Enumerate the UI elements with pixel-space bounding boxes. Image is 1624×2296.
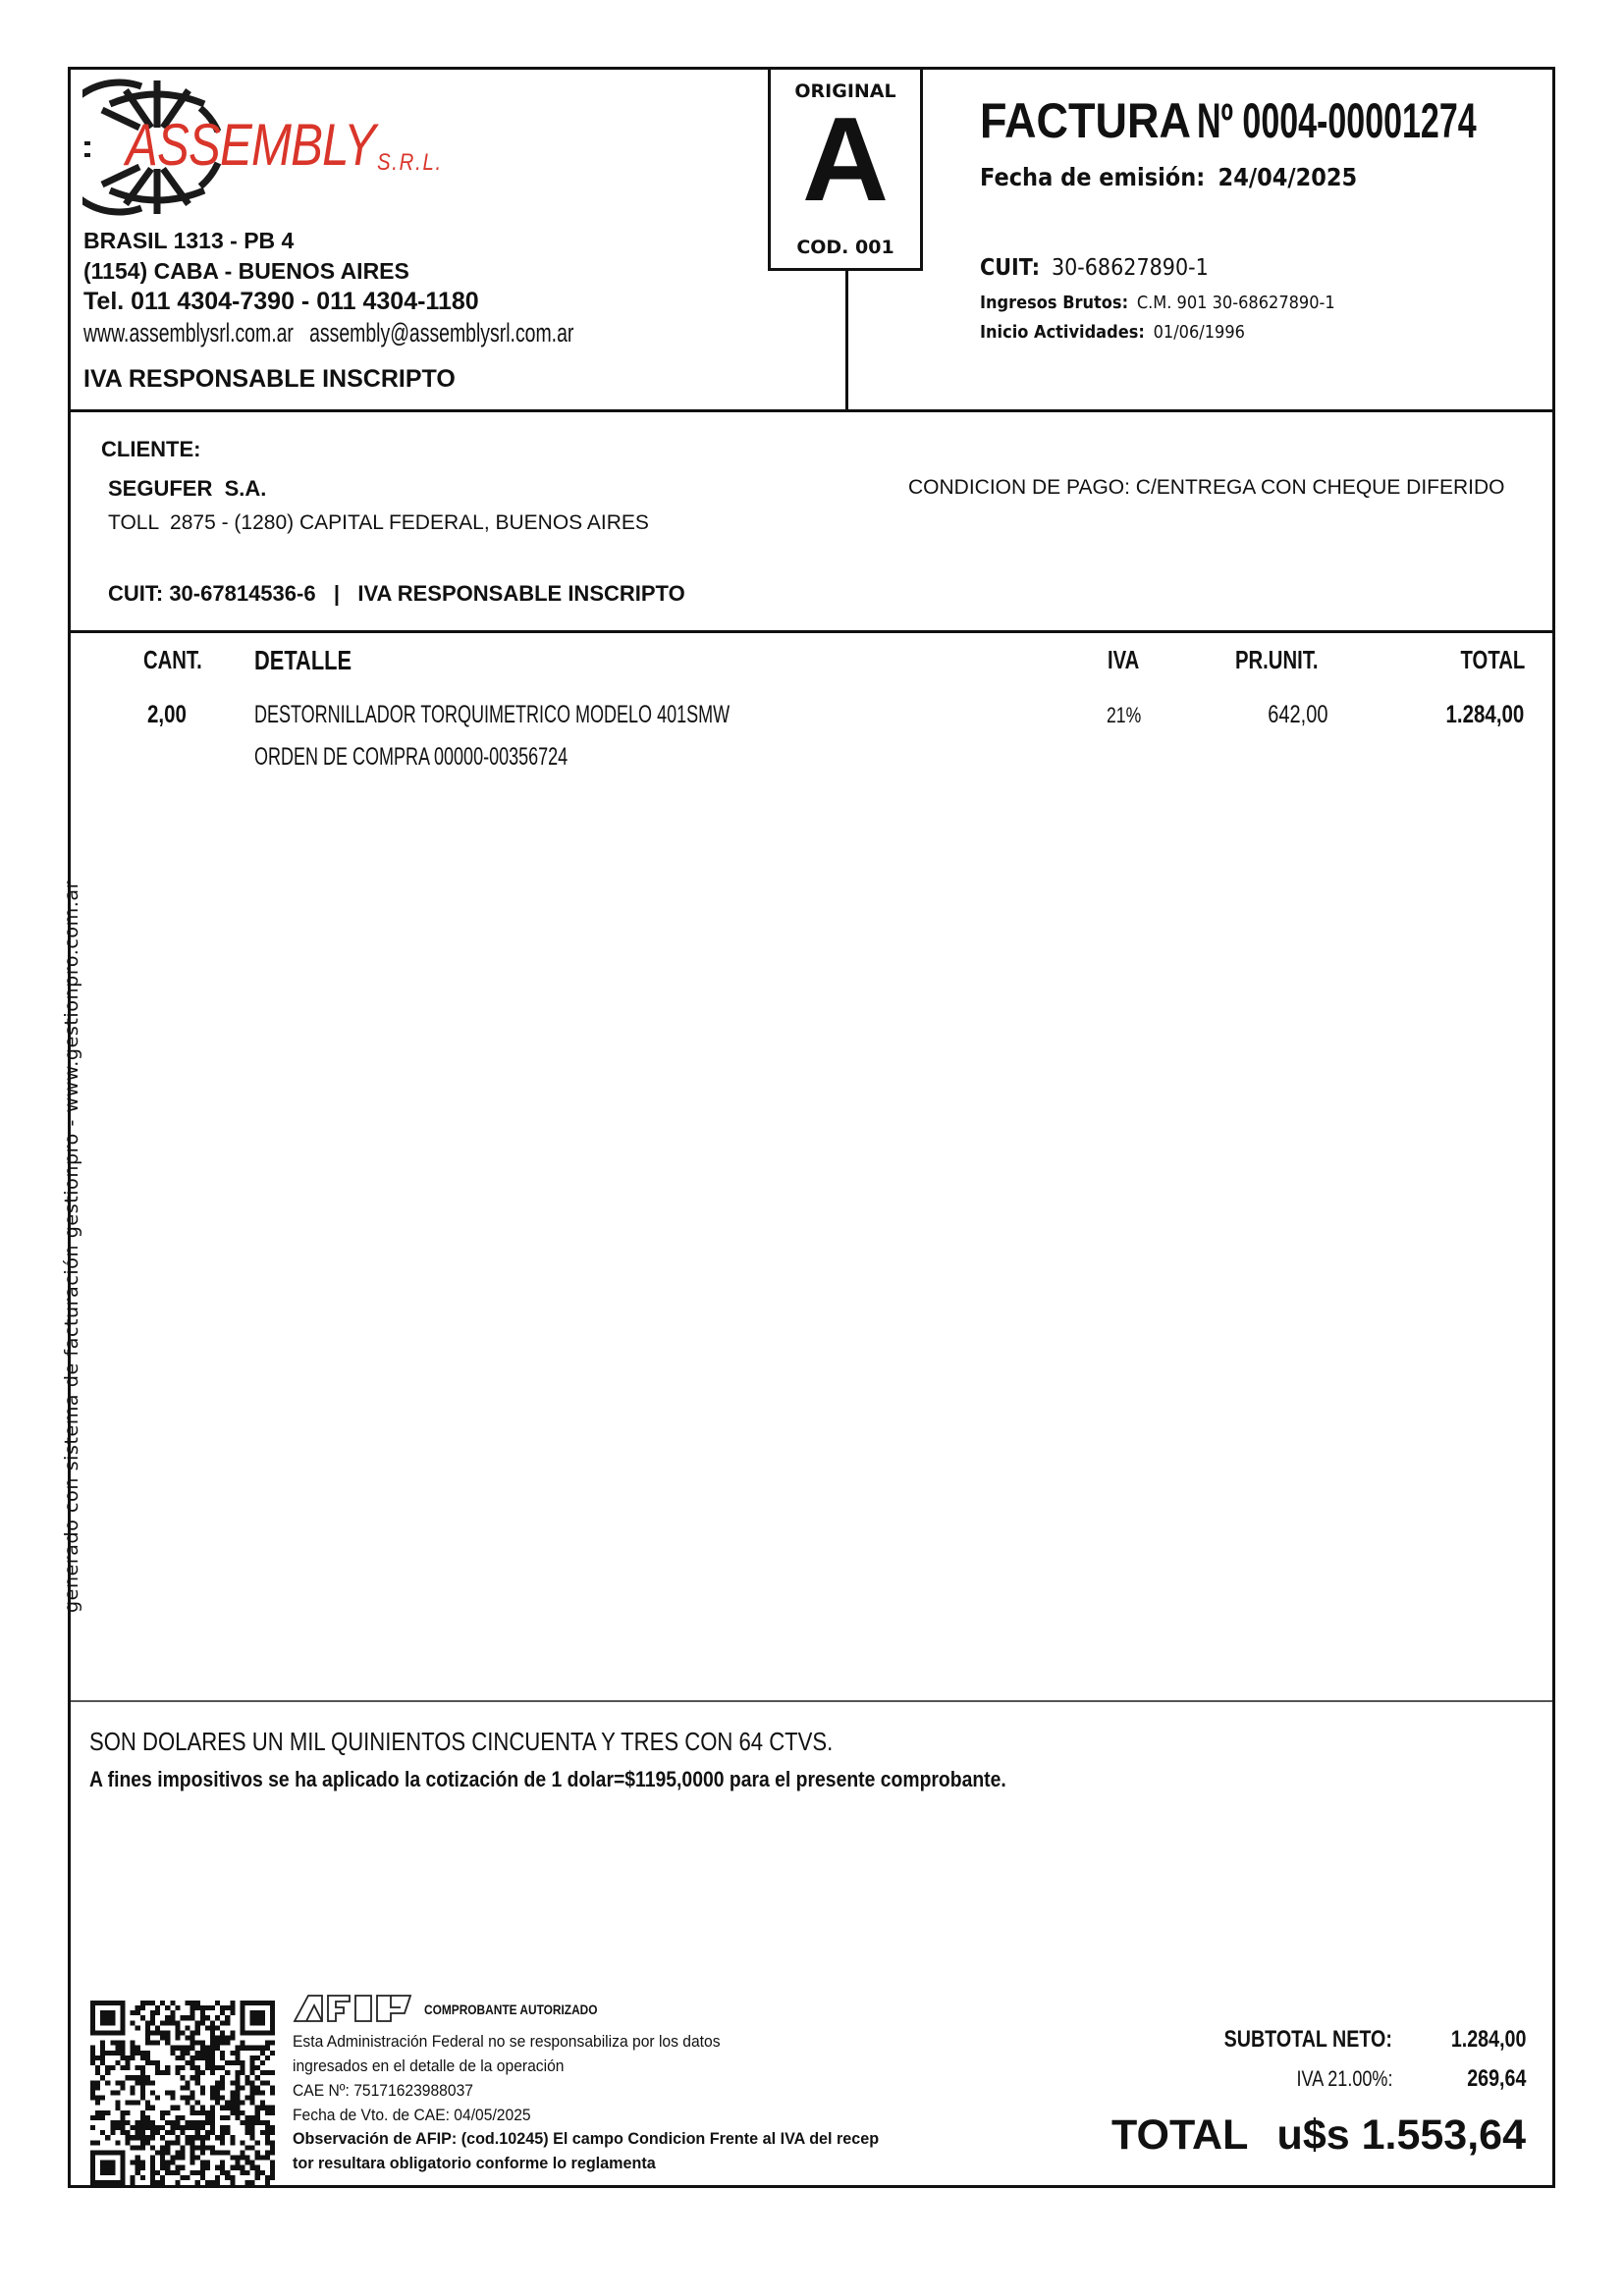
client-bottom-divider (68, 630, 1555, 633)
col-header-detail: DETALLE (254, 645, 352, 676)
col-header-total: TOTAL (1460, 645, 1525, 675)
afip-disclaimer-line2: ingresados en el detalle de la operación (293, 2056, 565, 2076)
issuer-phones: Tel. 011 4304-7390 - 011 4304-1180 (83, 288, 479, 316)
grand-total: TOTAL u$s 1.553,64 (1111, 2114, 1526, 2157)
generated-by-note: generado con sistema de facturación gest… (61, 881, 82, 1613)
invoice-title: FACTURA Nº 0004-00001274 (980, 96, 1608, 145)
issuer-address-line2: (1154) CABA - BUENOS AIRES (83, 258, 409, 285)
client-heading: CLIENTE: (101, 437, 200, 462)
col-header-unit-price: PR.UNIT. (1235, 645, 1319, 675)
issue-date-label: Fecha de emisión: (980, 163, 1205, 191)
afip-authorized-label: COMPROBANTE AUTORIZADO (424, 2002, 598, 2017)
invoice-letter: A (771, 99, 920, 219)
col-header-qty: CANT. (143, 645, 202, 675)
grand-total-label: TOTAL (1111, 2111, 1248, 2159)
issuer-cuit-label: CUIT: (980, 255, 1040, 281)
iibb-row: Ingresos Brutos: C.M. 901 30-68627890-1 (980, 293, 1335, 313)
row-unit-price: 642,00 (1268, 701, 1327, 729)
col-header-iva: IVA (1108, 645, 1139, 675)
grand-total-currency: u$s (1277, 2111, 1350, 2159)
subtotal-label: SUBTOTAL NETO: (1224, 2026, 1392, 2054)
start-activities-label: Inicio Actividades: (980, 322, 1145, 343)
iibb-label: Ingresos Brutos: (980, 293, 1128, 313)
client-name: SEGUFER S.A. (108, 476, 266, 502)
invoice-title-label: FACTURA (980, 96, 1191, 145)
issuer-web-email-text: www.assemblysrl.com.ar assembly@assembly… (83, 318, 573, 347)
issue-date-value: 24/04/2025 (1218, 163, 1358, 191)
qr-code[interactable] (90, 2001, 275, 2185)
logo-suffix: S.R.L. (377, 151, 443, 175)
amount-in-words: SON DOLARES UN MIL QUINIENTOS CINCUENTA … (89, 1727, 833, 1757)
row-qty: 2,00 (147, 701, 187, 729)
payment-condition: CONDICION DE PAGO: C/ENTREGA CON CHEQUE … (908, 476, 1505, 500)
afip-observation-line1: Observación de AFIP: (cod.10245) El camp… (293, 2129, 879, 2149)
iva-total-value: 269,64 (1467, 2065, 1526, 2093)
start-activities-value: 01/06/1996 (1154, 322, 1245, 343)
client-cuit-iva: CUIT: 30-67814536-6 | IVA RESPONSABLE IN… (108, 581, 685, 607)
subtotal-label-text: SUBTOTAL NETO: (1224, 2026, 1392, 2053)
row-detail: DESTORNILLADOR TORQUIMETRICO MODELO 401S… (254, 701, 730, 729)
client-address: TOLL 2875 - (1280) CAPITAL FEDERAL, BUEN… (108, 511, 649, 535)
row-iva: 21% (1107, 703, 1141, 728)
grand-total-value: 1.553,64 (1362, 2111, 1526, 2159)
exchange-rate-note: A fines impositivos se ha aplicado la co… (89, 1767, 1006, 1792)
invoice-code: COD. 001 (771, 237, 920, 258)
generated-by-note-text: generado con sistema de facturación gest… (61, 881, 82, 1613)
header-bottom-divider (68, 409, 1555, 412)
row-total: 1.284,00 (1445, 701, 1524, 729)
row-unit-price-text: 642,00 (1268, 701, 1327, 728)
subtotal-value: 1.284,00 (1450, 2026, 1526, 2054)
afip-cae-number: CAE Nº: 75171623988037 (293, 2081, 473, 2101)
iva-total-value-text: 269,64 (1467, 2065, 1526, 2092)
exchange-rate-note-text: A fines impositivos se ha aplicado la co… (89, 1767, 1006, 1791)
col-header-total-text: TOTAL (1460, 645, 1525, 674)
iibb-value: C.M. 901 30-68627890-1 (1137, 293, 1335, 313)
issue-date-row: Fecha de emisión: 24/04/2025 (980, 163, 1357, 191)
logo-wordmark: ASSEMBLY (126, 116, 375, 175)
afip-logo-icon (293, 1994, 412, 2023)
afip-disclaimer-line1: Esta Administración Federal no se respon… (293, 2032, 721, 2052)
afip-observation-line2: tor resultara obligatorio conforme lo re… (293, 2154, 656, 2173)
afip-cae-due-date: Fecha de Vto. de CAE: 04/05/2025 (293, 2106, 531, 2125)
issuer-cuit-value: 30-68627890-1 (1052, 255, 1209, 281)
start-activities-row: Inicio Actividades: 01/06/1996 (980, 322, 1245, 343)
invoice-number: Nº 0004-00001274 (1197, 96, 1477, 145)
issuer-logo: ASSEMBLY S.R.L. (82, 73, 456, 225)
invoice-type-box: ORIGINAL A COD. 001 (768, 67, 923, 271)
items-bottom-divider (71, 1700, 1552, 1702)
issuer-web-email: www.assemblysrl.com.ar assembly@assembly… (83, 318, 573, 348)
header-vertical-divider (845, 271, 848, 410)
issuer-iva-condition: IVA RESPONSABLE INSCRIPTO (83, 365, 456, 394)
amount-in-words-text: SON DOLARES UN MIL QUINIENTOS CINCUENTA … (89, 1727, 833, 1756)
row-detail-extra: ORDEN DE COMPRA 00000-00356724 (254, 743, 568, 772)
issuer-address-line1: BRASIL 1313 - PB 4 (83, 228, 294, 254)
iva-total-label-text: IVA 21.00%: (1296, 2066, 1392, 2091)
iva-total-label: IVA 21.00%: (1296, 2066, 1392, 2092)
subtotal-value-text: 1.284,00 (1450, 2026, 1526, 2053)
issuer-cuit-row: CUIT: 30-68627890-1 (980, 255, 1209, 281)
row-total-text: 1.284,00 (1445, 701, 1524, 728)
